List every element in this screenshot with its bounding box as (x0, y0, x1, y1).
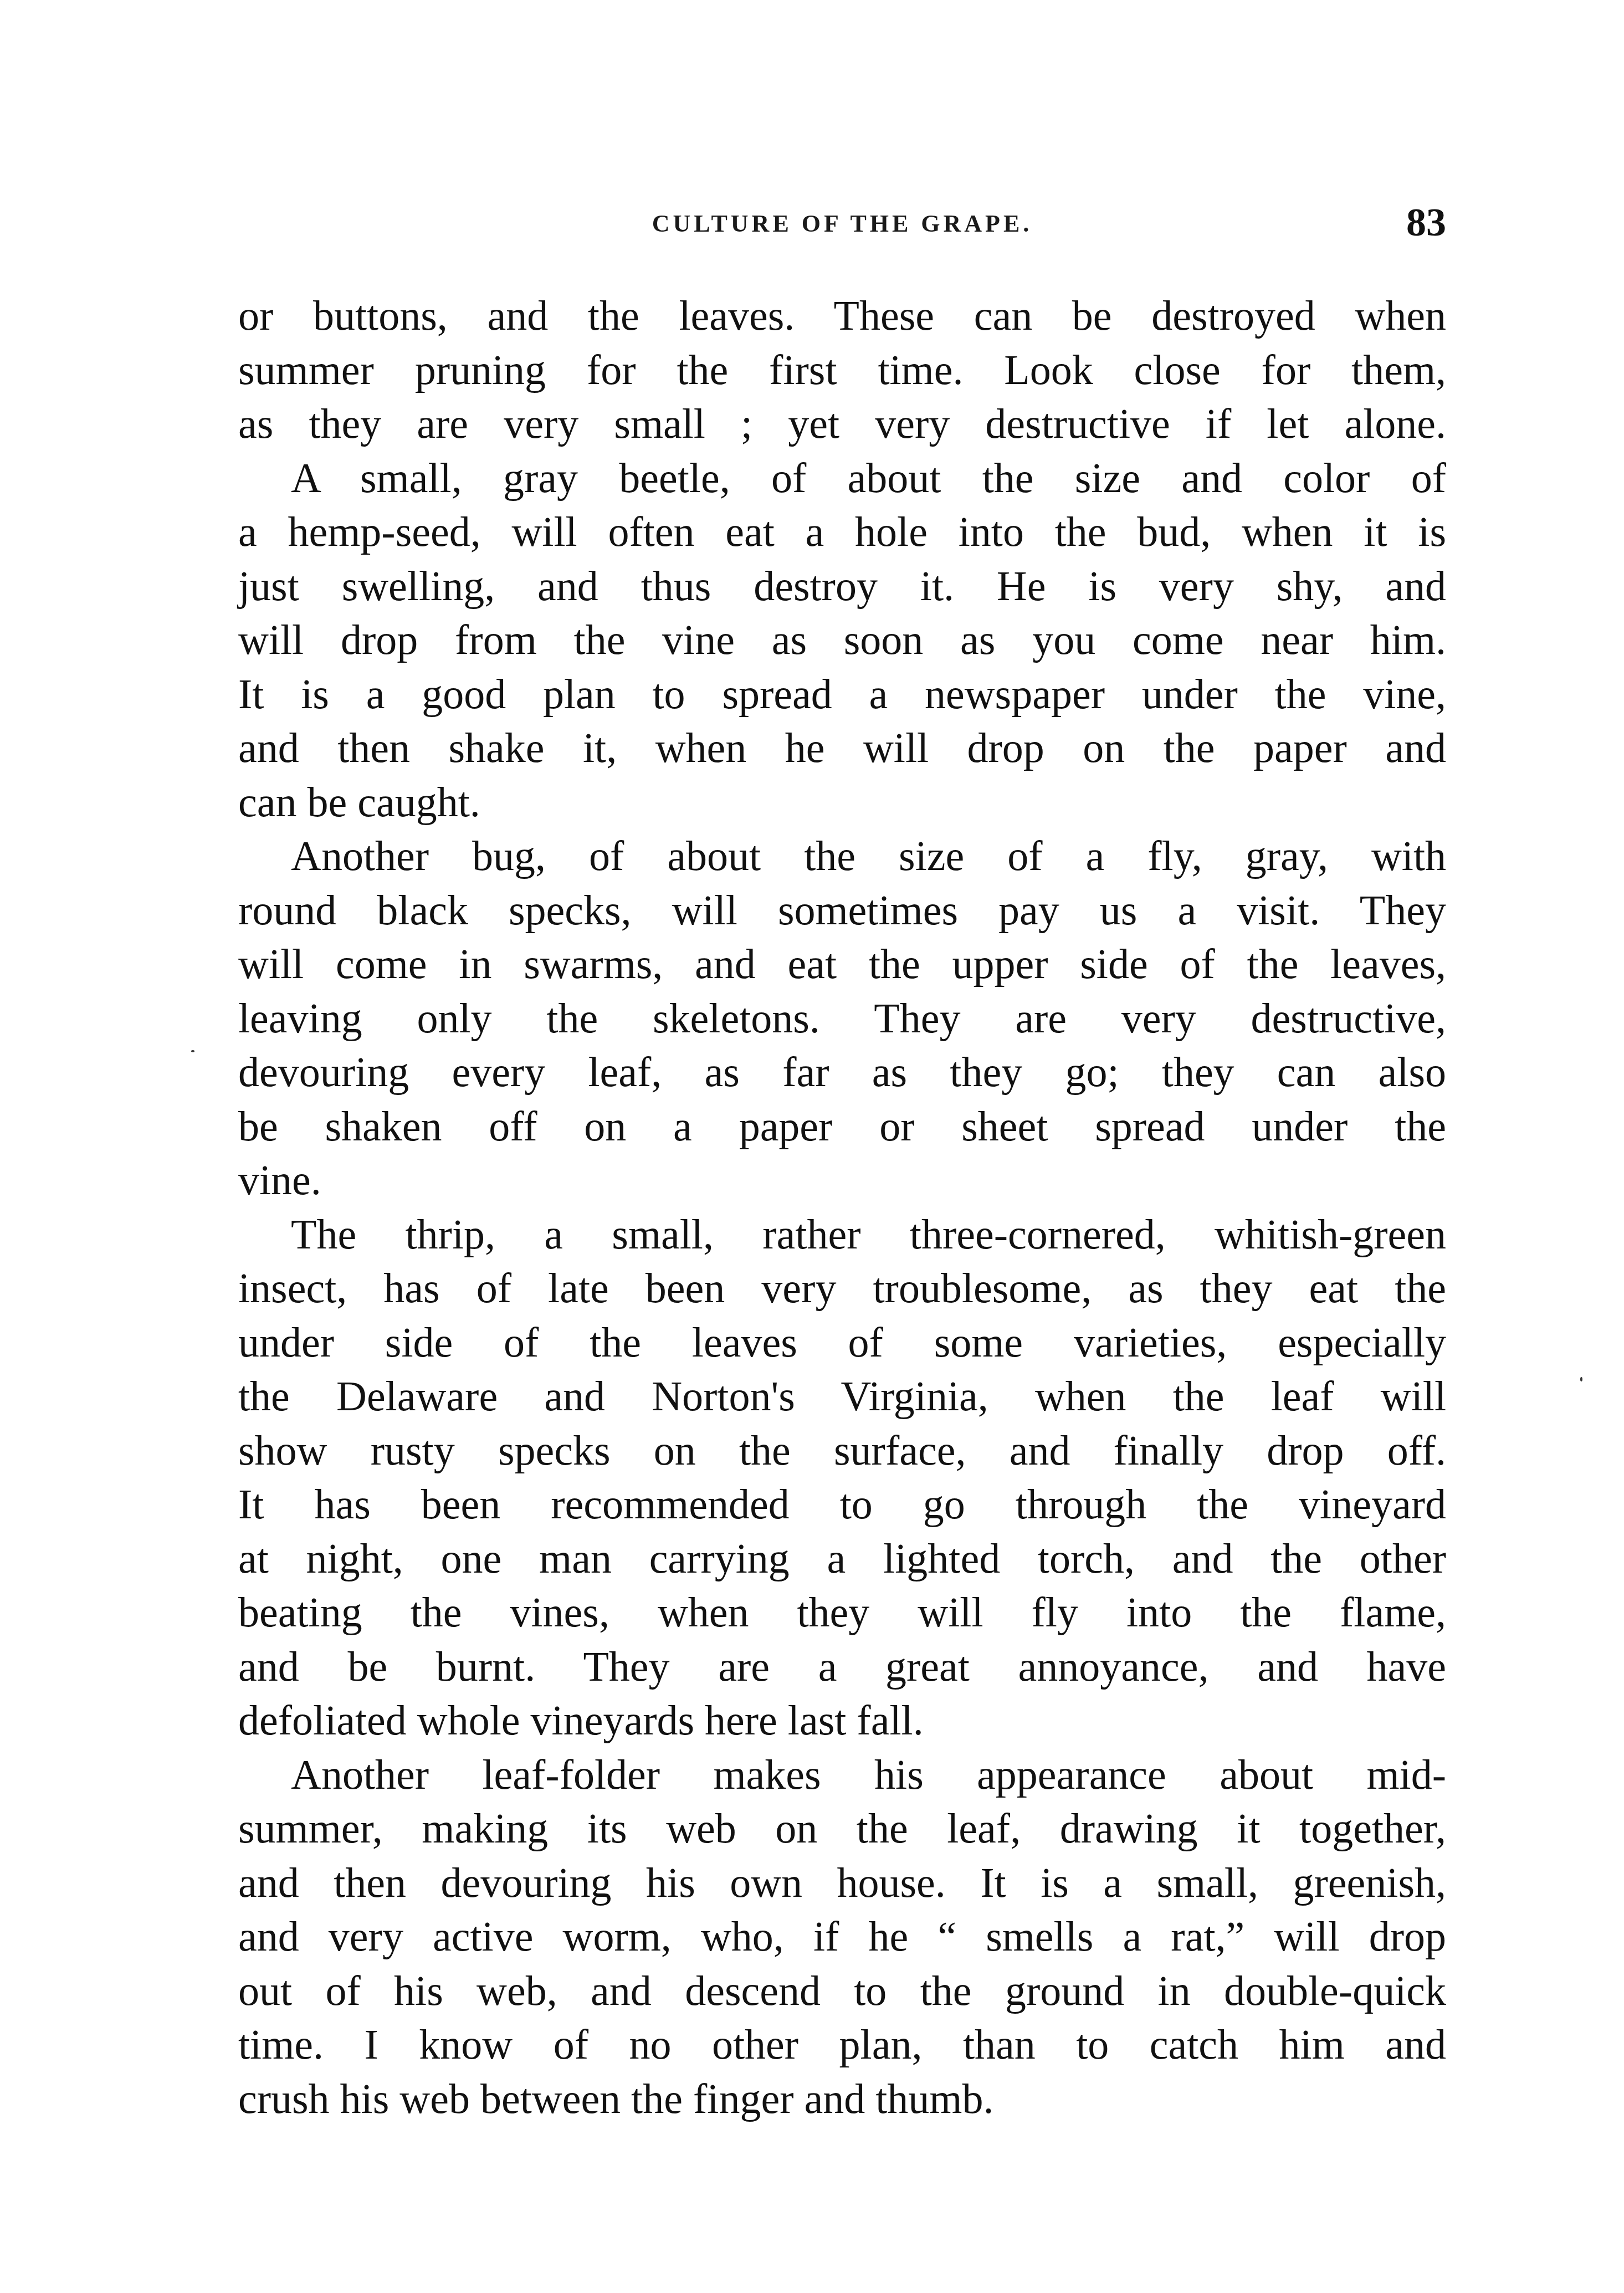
text-line: and then shake it, when he will drop on … (238, 721, 1446, 776)
text-line: round black specks, will sometimes pay u… (238, 884, 1446, 938)
text-line: show rusty specks on the surface, and fi… (238, 1424, 1446, 1478)
paragraph-1: or buttons, and the leaves. These can be… (238, 289, 1446, 452)
paragraph-5: Another leaf-folder makes his appearance… (238, 1748, 1446, 2127)
scan-speck (191, 1050, 194, 1052)
text-line: Another bug, of about the size of a fly,… (238, 830, 1446, 884)
running-title: CULTURE OF THE GRAPE. (238, 209, 1446, 238)
scan-speck (1580, 1377, 1582, 1381)
text-line: leaving only the skeletons. They are ver… (238, 992, 1446, 1046)
text-line: out of his web, and descend to the groun… (238, 1964, 1446, 2019)
text-line: insect, has of late been very troublesom… (238, 1262, 1446, 1316)
text-line: the Delaware and Norton's Virginia, when… (238, 1370, 1446, 1424)
body-text: or buttons, and the leaves. These can be… (238, 289, 1446, 2126)
text-line: a hemp-seed, will often eat a hole into … (238, 505, 1446, 560)
text-line: summer, making its web on the leaf, draw… (238, 1802, 1446, 1856)
paragraph-2: A small, gray beetle, of about the size … (238, 452, 1446, 830)
text-line: A small, gray beetle, of about the size … (238, 452, 1446, 506)
text-line: time. I know of no other plan, than to c… (238, 2018, 1446, 2072)
text-line: will drop from the vine as soon as you c… (238, 613, 1446, 668)
page-number: 83 (1406, 199, 1446, 245)
text-line: just swelling, and thus destroy it. He i… (238, 560, 1446, 614)
text-line: It is a good plan to spread a newspaper … (238, 668, 1446, 722)
text-line: under side of the leaves of some varieti… (238, 1316, 1446, 1370)
text-line: defoliated whole vineyards here last fal… (238, 1694, 1446, 1748)
text-line: vine. (238, 1154, 1446, 1208)
text-line: and very active worm, who, if he “ smell… (238, 1910, 1446, 1964)
text-line: It has been recommended to go through th… (238, 1478, 1446, 1532)
text-line: crush his web between the finger and thu… (238, 2072, 1446, 2127)
book-page: CULTURE OF THE GRAPE. 83 or buttons, and… (0, 0, 1624, 2293)
text-line: and be burnt. They are a great annoyance… (238, 1640, 1446, 1695)
text-line: as they are very small ; yet very destru… (238, 397, 1446, 452)
text-line: beating the vines, when they will fly in… (238, 1586, 1446, 1640)
paragraph-4: The thrip, a small, rather three-cornere… (238, 1208, 1446, 1748)
text-line: Another leaf-folder makes his appearance… (238, 1748, 1446, 1803)
text-line: can be caught. (238, 776, 1446, 830)
text-line: will come in swarms, and eat the upper s… (238, 938, 1446, 992)
running-header: CULTURE OF THE GRAPE. 83 (238, 199, 1446, 244)
text-line: at night, one man carrying a lighted tor… (238, 1532, 1446, 1586)
text-line: and then devouring his own house. It is … (238, 1856, 1446, 1911)
paragraph-3: Another bug, of about the size of a fly,… (238, 830, 1446, 1208)
text-line: devouring every leaf, as far as they go;… (238, 1046, 1446, 1100)
text-line: or buttons, and the leaves. These can be… (238, 289, 1446, 344)
text-line: be shaken off on a paper or sheet spread… (238, 1100, 1446, 1154)
text-line: The thrip, a small, rather three-cornere… (238, 1208, 1446, 1262)
text-line: summer pruning for the first time. Look … (238, 344, 1446, 398)
